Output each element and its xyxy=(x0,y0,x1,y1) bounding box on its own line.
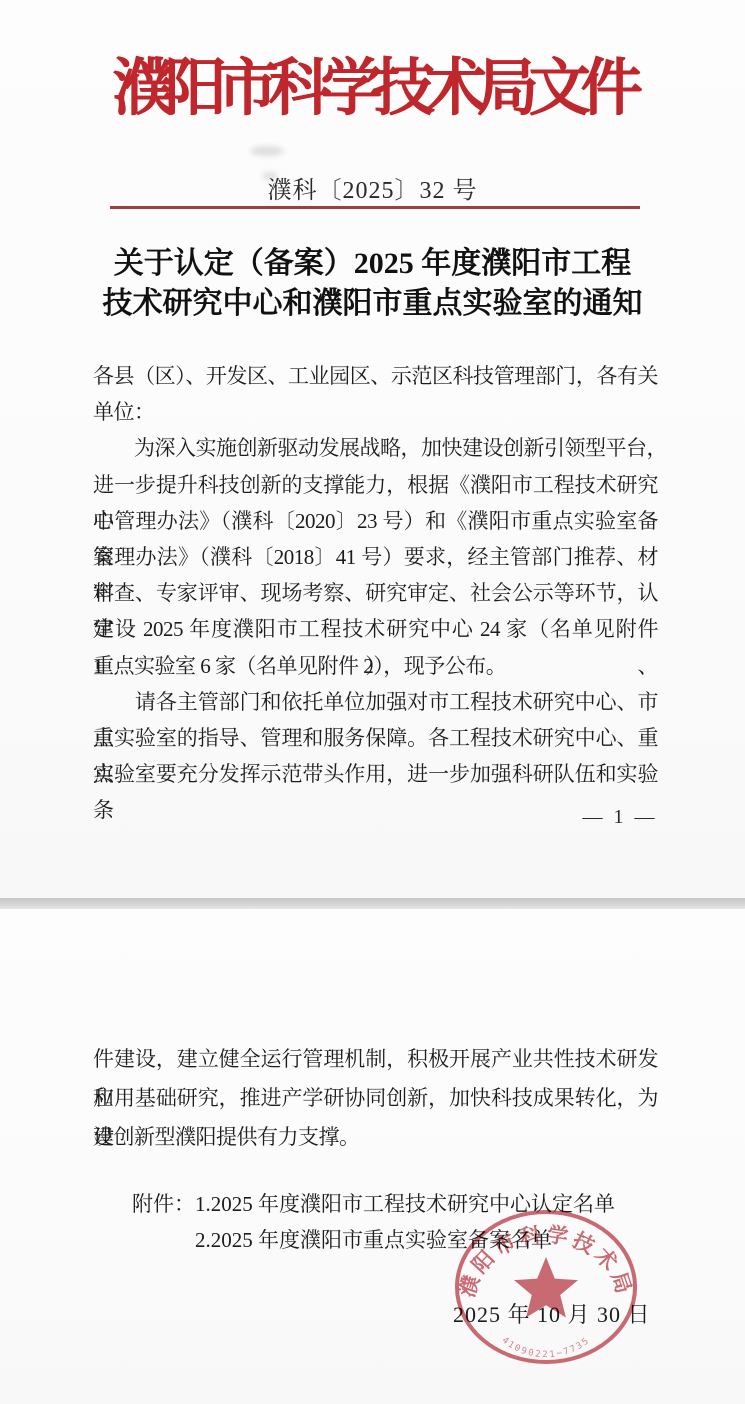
body-line: 实验室要充分发挥示范带头作用，进一步加强科研队伍和实验条 xyxy=(93,756,658,792)
svg-text:41090221~7735: 41090221~7735 xyxy=(500,1336,593,1361)
seal-code-digits: 41090221~7735 xyxy=(500,1336,593,1361)
body-line: 心管理办法》（濮科〔2020〕23 号）和《濮阳市重点实验室备案 xyxy=(93,503,658,539)
body-text-page1: 各县（区）、开发区、工业园区、示范区科技管理部门，各有关 单位： 为深入实施创新… xyxy=(93,358,658,792)
agency-letterhead-title: 濮阳市科学技术局文件 xyxy=(0,38,745,127)
body-line: 建设 2025 年度濮阳市工程技术研究中心 24 家（名单见附件 1）、 xyxy=(93,611,658,647)
attachments-block: 附件： 1.2025 年度濮阳市工程技术研究中心认定名单 2.2025 年度濮阳… xyxy=(132,1186,615,1258)
notice-title-line2: 技术研究中心和濮阳市重点实验室的通知 xyxy=(0,284,745,324)
body-line: 为深入实施创新驱动发展战略，加快建设创新引领型平台， xyxy=(93,430,658,466)
attachment-item: 2.2025 年度濮阳市重点实验室备案名单 xyxy=(195,1222,615,1258)
document-number: 濮科〔2025〕32 号 xyxy=(0,170,745,205)
body-line: 审查、专家评审、现场考察、研究审定、社会公示等环节，认定 xyxy=(93,575,658,611)
attachments-label: 附件： xyxy=(132,1186,195,1258)
notice-title: 关于认定（备案）2025 年度濮阳市工程 技术研究中心和濮阳市重点实验室的通知 xyxy=(0,244,745,324)
scanned-official-document: { "header": { "agency_title": "濮阳市科学技术局文… xyxy=(0,0,745,1404)
body-line: 应用基础研究，推进产学研协同创新，加快科技成果转化，为建 xyxy=(93,1079,658,1118)
body-line: 进一步提升科技创新的支撑能力，根据《濮阳市工程技术研究中 xyxy=(93,467,658,503)
body-line: 请各主管部门和依托单位加强对市工程技术研究中心、市重 xyxy=(93,684,658,720)
scan-page-separator xyxy=(0,898,745,909)
page-number: — 1 — xyxy=(560,806,680,829)
body-line: 件建设，建立健全运行管理机制，积极开展产业共性技术研发和 xyxy=(93,1040,658,1079)
body-line: 设创新型濮阳提供有力支撑。 xyxy=(93,1118,658,1157)
attachments-list: 1.2025 年度濮阳市工程技术研究中心认定名单 2.2025 年度濮阳市重点实… xyxy=(195,1186,615,1258)
body-line: 各县（区）、开发区、工业园区、示范区科技管理部门，各有关 xyxy=(93,358,658,394)
scan-smudge xyxy=(250,146,284,156)
red-separator-rule xyxy=(110,206,640,209)
document-date: 2025 年 10 月 30 日 xyxy=(453,1298,651,1329)
attachment-item: 1.2025 年度濮阳市工程技术研究中心认定名单 xyxy=(195,1186,615,1222)
body-line: 管理办法》（濮科〔2018〕41 号）要求，经主管部门推荐、材料 xyxy=(93,539,658,575)
document-page-1: 濮阳市科学技术局文件 濮科〔2025〕32 号 关于认定（备案）2025 年度濮… xyxy=(0,0,745,898)
body-line: 单位： xyxy=(93,394,658,430)
document-page-2: 件建设，建立健全运行管理机制，积极开展产业共性技术研发和 应用基础研究，推进产学… xyxy=(0,909,745,1404)
notice-title-line1: 关于认定（备案）2025 年度濮阳市工程 xyxy=(0,244,745,284)
body-text-page2: 件建设，建立健全运行管理机制，积极开展产业共性技术研发和 应用基础研究，推进产学… xyxy=(93,1040,658,1157)
body-line: 点实验室的指导、管理和服务保障。各工程技术研究中心、重点 xyxy=(93,720,658,756)
